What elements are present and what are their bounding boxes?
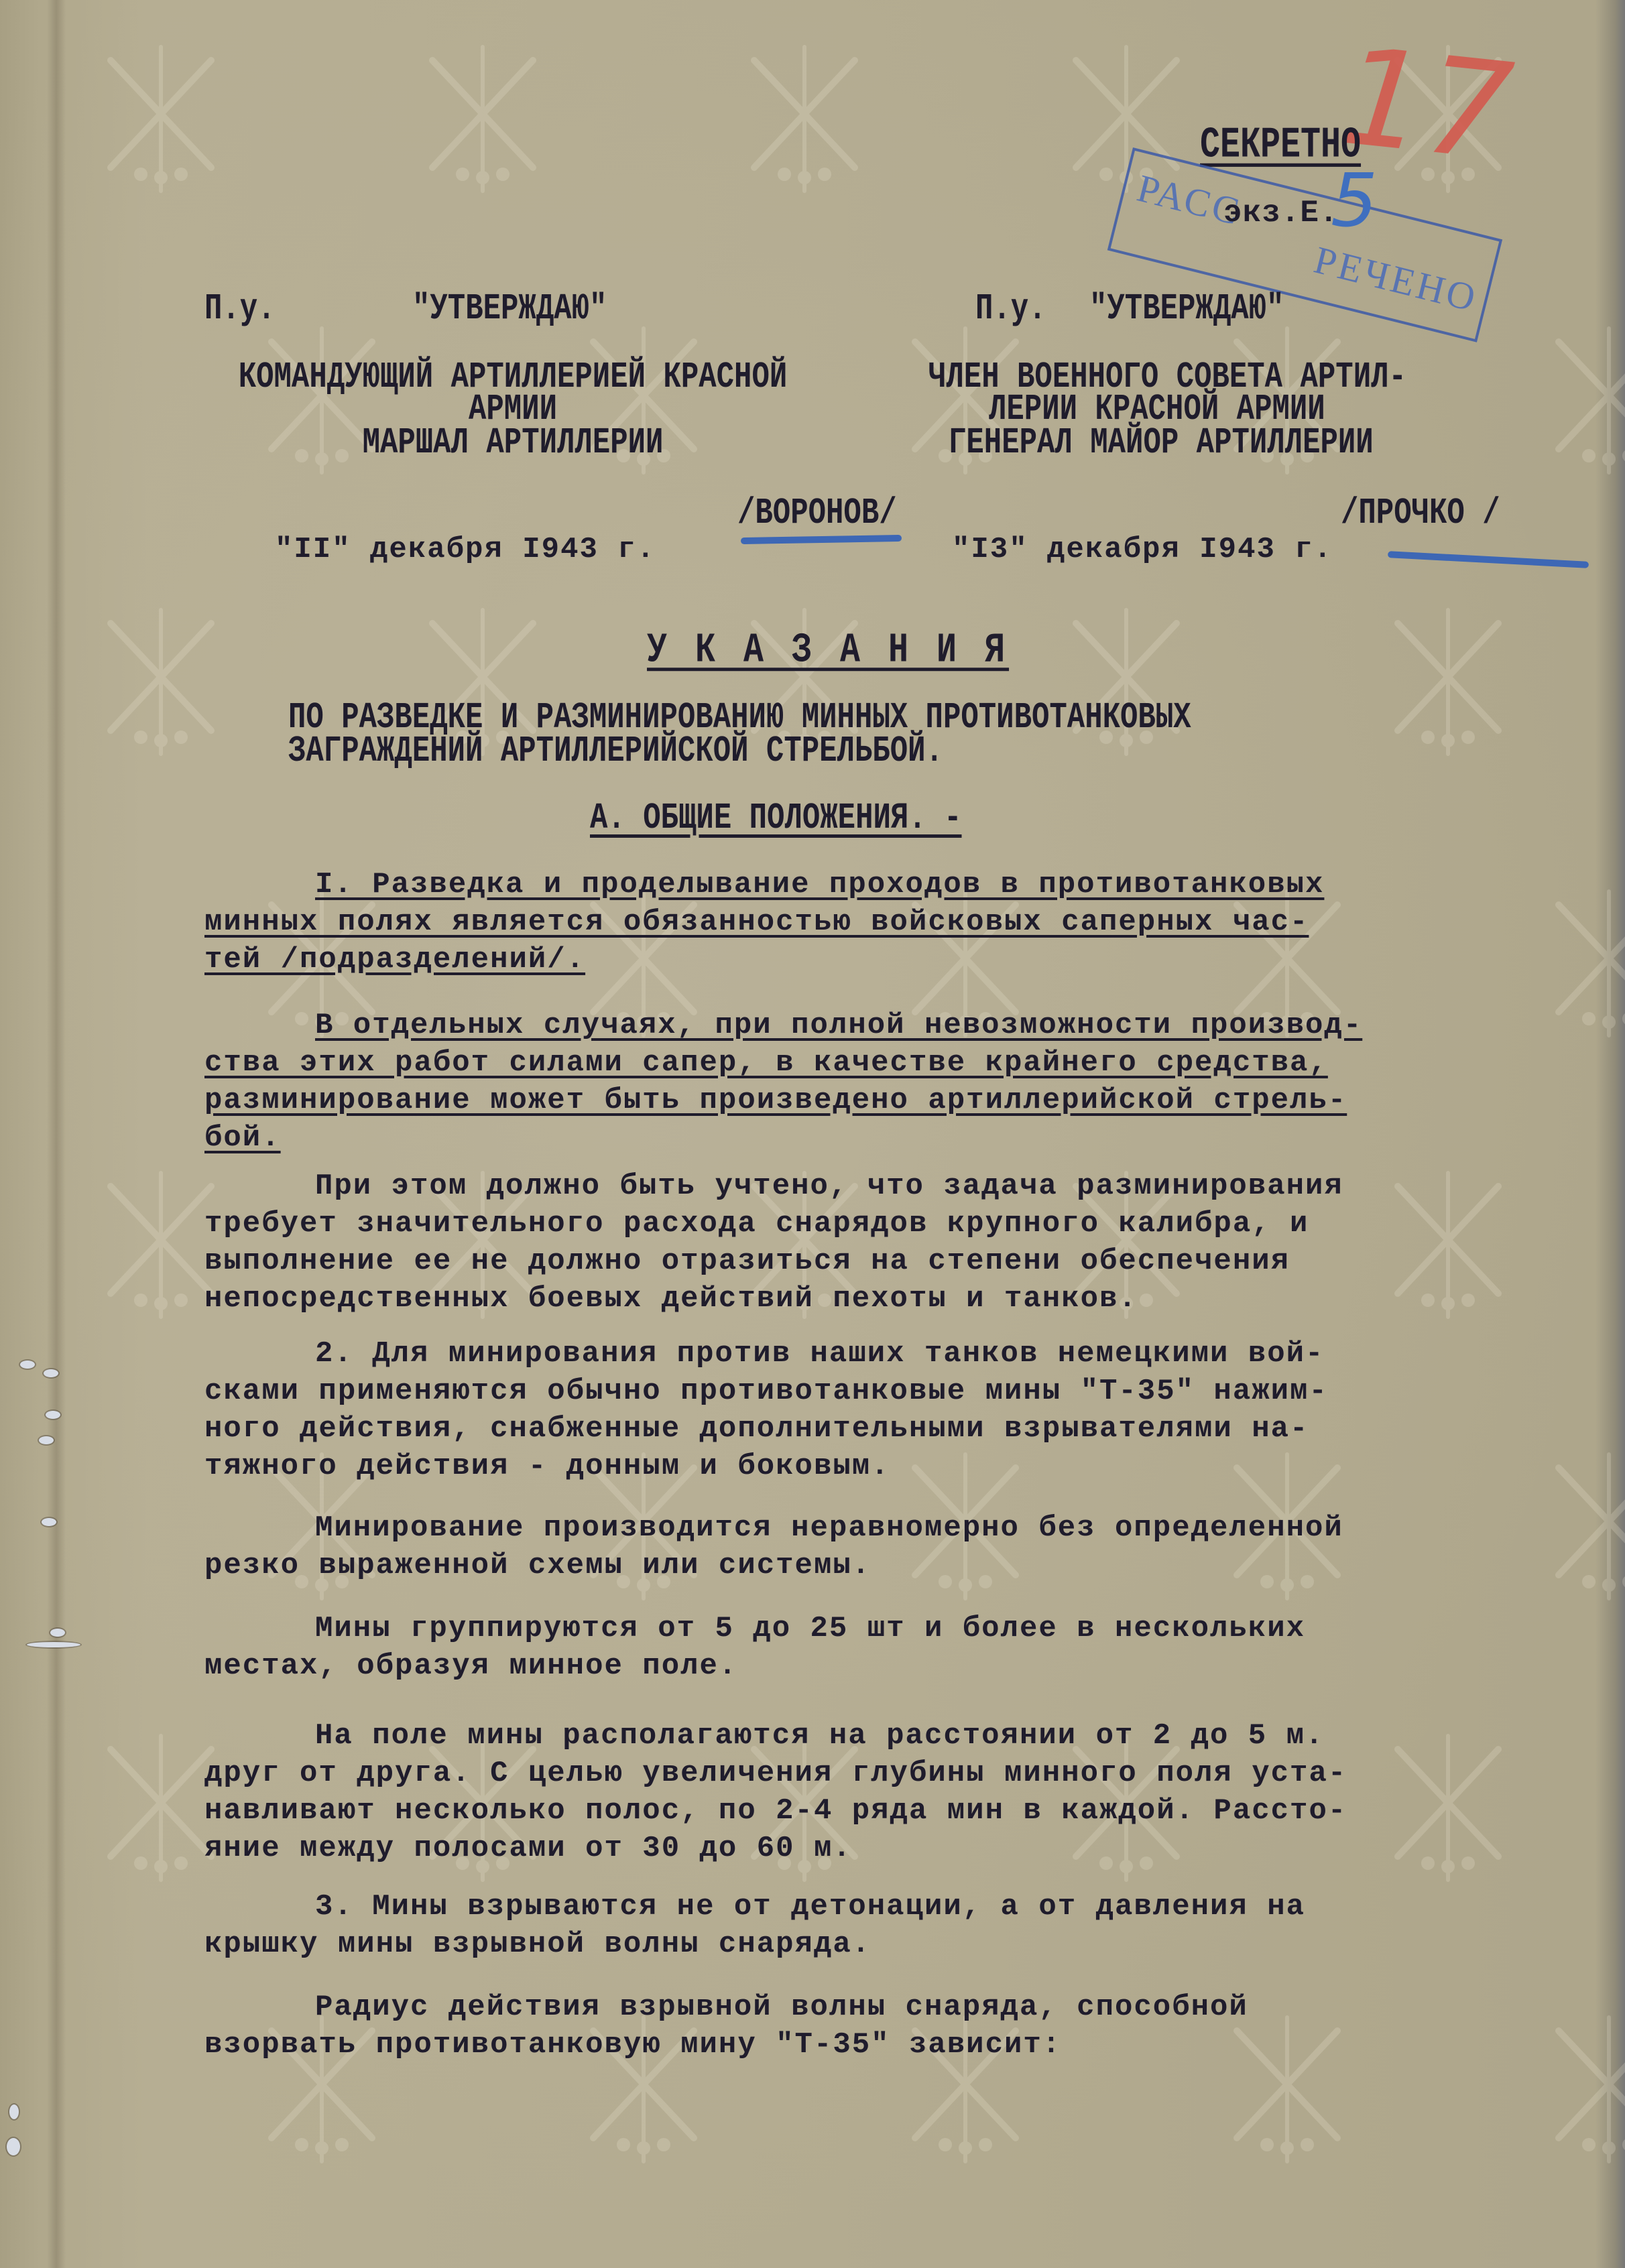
approver-signature: /ВОРОНОВ/ bbox=[737, 493, 897, 535]
paragraph-line: 2. Для минирования против наших танков н… bbox=[315, 1337, 1324, 1371]
paragraph-line: выполнение ее не должно отразиться на ст… bbox=[204, 1245, 1290, 1278]
paragraph-line: непосредственных боевых действий пехоты … bbox=[204, 1282, 1138, 1316]
approval-date: "I3" декабря I943 г. bbox=[952, 533, 1333, 566]
approval-prefix: П.у. bbox=[204, 288, 276, 330]
approver-title-line: МАРШАЛ АРТИЛЛЕРИИ bbox=[164, 422, 861, 464]
paragraph-line: 3. Мины взрываются не от детонации, а от… bbox=[315, 1890, 1305, 1924]
paragraph-line: друг от друга. С целью увеличения глубин… bbox=[204, 1757, 1347, 1790]
paragraph-line: Радиус действия взрывной волны снаряда, … bbox=[315, 1991, 1248, 2024]
paragraph-line: минных полях является обязанностью войск… bbox=[204, 905, 1309, 939]
paragraph-line: ного действия, снабженные дополнительным… bbox=[204, 1412, 1309, 1446]
crossed-cannons-watermark-icon bbox=[1381, 1166, 1515, 1320]
binding-hole bbox=[9, 2104, 19, 2119]
document-subtitle-line: ЗАГРАЖДЕНИЙ АРТИЛЛЕРИЙСКОЙ СТРЕЛЬБОЙ. bbox=[288, 731, 943, 773]
binding-hole bbox=[50, 1629, 65, 1637]
binding-hole bbox=[42, 1518, 56, 1526]
paragraph-line: резко выраженной схемы или системы. bbox=[204, 1549, 871, 1582]
binding-fold bbox=[47, 0, 66, 2268]
crossed-cannons-watermark-icon bbox=[737, 40, 871, 194]
copy-number-handwritten: 5 bbox=[1331, 157, 1378, 243]
crossed-cannons-watermark-icon bbox=[1542, 322, 1625, 476]
binding-hole bbox=[44, 1369, 58, 1377]
approver-title-line: ГЕНЕРАЛ МАЙОР АРТИЛЛЕРИИ bbox=[949, 422, 1374, 464]
paragraph-line: яние между полосами от 30 до 60 м. bbox=[204, 1832, 852, 1865]
paragraph-line: бой. bbox=[204, 1121, 281, 1155]
approver-signature: /ПРОЧКО / bbox=[1341, 493, 1500, 535]
binding-hole bbox=[7, 2138, 20, 2155]
binding-hole bbox=[46, 1411, 60, 1419]
approval-prefix: П.у. bbox=[975, 288, 1046, 330]
crossed-cannons-watermark-icon bbox=[94, 603, 228, 757]
paragraph-line: тяжного действия - донным и боковым. bbox=[204, 1450, 890, 1483]
crossed-cannons-watermark-icon bbox=[1381, 1729, 1515, 1883]
paragraph-line: крышку мины взрывной волны снаряда. bbox=[204, 1928, 871, 1961]
binding-hole bbox=[20, 1361, 35, 1369]
paragraph-line: тей /подразделений/. bbox=[204, 943, 585, 976]
crossed-cannons-watermark-icon bbox=[1542, 2011, 1625, 2165]
paragraph-line: взорвать противотанковую мину "Т-35" зав… bbox=[204, 2028, 1061, 2062]
paragraph-line: На поле мины располагаются на расстоянии… bbox=[315, 1719, 1324, 1753]
paragraph-line: сками применяются обычно противотанковые… bbox=[204, 1375, 1328, 1408]
paragraph-line: I. Разведка и проделывание проходов в пр… bbox=[315, 868, 1324, 901]
document-title: У К А З А Н И Я bbox=[647, 627, 1009, 674]
approval-heading: "УТВЕРЖДАЮ" bbox=[412, 288, 607, 330]
paragraph-line: При этом должно быть учтено, что задача … bbox=[315, 1170, 1343, 1203]
paragraph-line: требует значительного расхода снарядов к… bbox=[204, 1207, 1309, 1241]
crossed-cannons-watermark-icon bbox=[1220, 2011, 1354, 2165]
paragraph-line: Мины группируются от 5 до 25 шт и более … bbox=[315, 1612, 1305, 1645]
paragraph-line: ства этих работ силами сапер, в качестве… bbox=[204, 1046, 1328, 1080]
crossed-cannons-watermark-icon bbox=[1381, 603, 1515, 757]
crossed-cannons-watermark-icon bbox=[416, 40, 550, 194]
paragraph-line: разминирование может быть произведено ар… bbox=[204, 1084, 1347, 1117]
crossed-cannons-watermark-icon bbox=[1542, 885, 1625, 1039]
crossed-cannons-watermark-icon bbox=[94, 40, 228, 194]
paragraph-line: навливают несколько полос, по 2-4 ряда м… bbox=[204, 1794, 1347, 1828]
paragraph-line: местах, образуя минное поле. bbox=[204, 1649, 737, 1683]
binding-hole bbox=[27, 1642, 80, 1647]
paragraph-line: В отдельных случаях, при полной невозмож… bbox=[315, 1009, 1362, 1042]
section-heading: А. ОБЩИЕ ПОЛОЖЕНИЯ. - bbox=[590, 798, 962, 840]
approval-heading: "УТВЕРЖДАЮ" bbox=[1089, 288, 1284, 330]
copy-label: экз.Е. bbox=[1223, 196, 1339, 231]
binding-hole bbox=[39, 1436, 54, 1444]
paragraph-line: Минирование производится неравномерно бе… bbox=[315, 1511, 1343, 1545]
approval-date: "II" декабря I943 г. bbox=[275, 533, 656, 566]
crossed-cannons-watermark-icon bbox=[1542, 1448, 1625, 1602]
